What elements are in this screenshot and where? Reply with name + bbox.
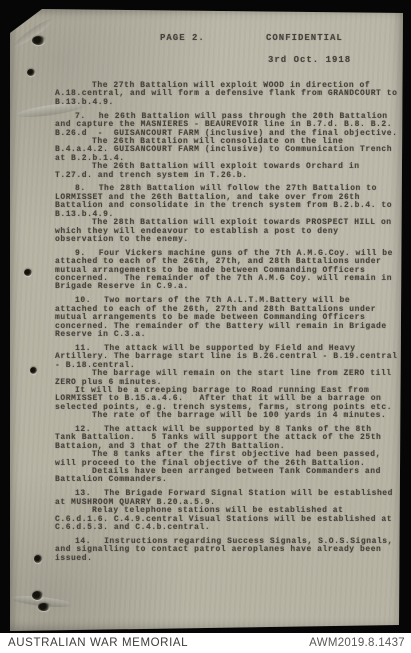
paragraph-text: The attack will be supported by Field an… — [55, 344, 403, 370]
institution-label: AUSTRALIAN WAR MEMORIAL — [8, 637, 188, 649]
paragraph: 10.Two mortars of the 7th A.L.T.M.Batter… — [55, 297, 398, 339]
paragraph-text: The 27th Battalion will exploit WOOD in … — [55, 81, 403, 107]
document-photo: PAGE 2. CONFIDENTIAL 3rd Oct. 1918 The 2… — [0, 0, 411, 653]
paper-sheet: PAGE 2. CONFIDENTIAL 3rd Oct. 1918 The 2… — [10, 9, 403, 632]
paragraph: 14.Instructions regarding Success Signal… — [55, 538, 398, 563]
punch-hole — [32, 591, 43, 600]
punch-hole — [34, 555, 42, 563]
paragraph: 8.The 28th Battalion will follow the 27t… — [55, 185, 398, 219]
paragraph-text: The 8 tanks after the first objective ha… — [55, 450, 386, 467]
paragraph: The 27th Battalion will exploit WOOD in … — [55, 82, 398, 107]
paragraph-text: Instructions regarding Success Signals, … — [55, 537, 398, 563]
paragraph-text: he 26th Battalion will pass through the … — [55, 112, 397, 138]
paragraph-text: The 28th Battalion will follow the 27th … — [55, 184, 397, 218]
archive-caption-bar: AUSTRALIAN WAR MEMORIAL AWM2019.8.1437 — [0, 633, 411, 653]
paragraph-text: The rate of the barrage will be 100 yard… — [92, 411, 386, 420]
punch-hole — [24, 269, 32, 276]
page-label: PAGE 2. — [160, 33, 205, 43]
paragraph: The 28th Battalion will exploit towards … — [55, 219, 398, 244]
paragraph: 9.Four Vickers machine guns of the 7th A… — [55, 250, 398, 292]
paragraph-text: Details have been arranged between Tank … — [55, 467, 386, 484]
paragraph: Relay telephone stations will be establi… — [55, 507, 398, 532]
paragraph-text: The 28th Battalion will exploit towards … — [55, 218, 397, 244]
paragraph-text: It will be a creeping barrage to Road ru… — [55, 386, 392, 412]
paragraph: It will be a creeping barrage to Road ru… — [55, 387, 398, 412]
paragraph: 12.The attack will be supported by 8 Tan… — [55, 426, 398, 451]
catalogue-reference: AWM2019.8.1437 — [309, 637, 405, 649]
paragraph-text: The 26th Battalion will consolidate on t… — [55, 137, 397, 163]
paragraph: 13.The Brigade Forward Signal Station wi… — [55, 490, 398, 507]
paragraph: 7.he 26th Battalion will pass through th… — [55, 113, 398, 138]
punch-hole — [30, 367, 37, 374]
paragraph-text: The Brigade Forward Signal Station will … — [55, 489, 398, 506]
document-date: 3rd Oct. 1918 — [268, 55, 351, 65]
punch-hole — [38, 603, 50, 611]
paragraph: The 8 tanks after the first objective ha… — [55, 451, 398, 468]
paragraph-text: Two mortars of the 7th A.L.T.M.Battery w… — [55, 296, 392, 339]
paragraph: 11.The attack will be supported by Field… — [55, 345, 398, 370]
paragraph: Details have been arranged between Tank … — [55, 468, 398, 485]
paragraph-text: Relay telephone stations will be establi… — [55, 506, 397, 532]
punch-hole — [27, 69, 35, 76]
paragraph: The 26th Battalion will exploit towards … — [55, 163, 398, 180]
paragraph: The 26th Battalion will consolidate on t… — [55, 138, 398, 163]
paragraph: The barrage will remain on the start lin… — [55, 370, 398, 387]
paragraph-text: The attack will be supported by 8 Tanks … — [55, 425, 387, 451]
paragraph-text: Four Vickers machine guns of the 7th A.M… — [55, 249, 398, 292]
classification-label: CONFIDENTIAL — [266, 33, 343, 43]
document-body: The 27th Battalion will exploit WOOD in … — [55, 82, 398, 563]
paper-crease — [12, 17, 54, 50]
paragraph: The rate of the barrage will be 100 yard… — [55, 412, 398, 420]
punch-hole — [32, 36, 45, 45]
paragraph-text: The barrage will remain on the start lin… — [55, 369, 397, 386]
paragraph-text: The 26th Battalion will exploit towards … — [55, 162, 365, 179]
